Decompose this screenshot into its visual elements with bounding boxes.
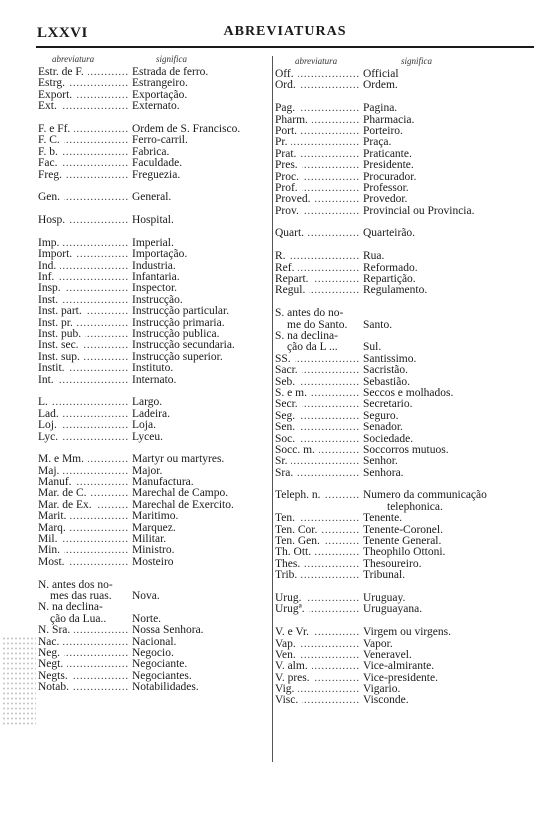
leader-dots: ........................................ — [300, 80, 360, 91]
right-column: abreviatura significa Off...............… — [272, 56, 545, 762]
leader-dots: ........................................ — [290, 251, 360, 262]
list-item: Off.....................................… — [275, 69, 545, 80]
abbreviation: Lyc. — [38, 432, 58, 443]
leader-dots: ........................................ — [300, 639, 360, 650]
leader-dots: ........................................ — [88, 67, 129, 78]
leader-dots: ........................................ — [96, 500, 129, 511]
meaning: Sacristão. — [363, 365, 408, 376]
meaning: Senador. — [363, 422, 403, 433]
header-abbreviation: abreviatura — [52, 54, 94, 64]
leader-dots: ........................................ — [300, 149, 360, 160]
meaning: Freguezia. — [132, 170, 180, 181]
leader-dots: ........................................ — [63, 466, 129, 477]
list-item: Prov....................................… — [275, 206, 545, 217]
meaning: Provedor. — [363, 194, 407, 205]
leader-dots: ........................................ — [314, 194, 360, 205]
abbreviation: Quart. — [275, 228, 304, 239]
list-item: Sra.....................................… — [275, 468, 545, 479]
leader-dots: ........................................ — [64, 192, 129, 203]
meaning: Virgem ou virgens. — [363, 627, 451, 638]
meaning: Vice-almirante. — [363, 661, 434, 672]
list-item: Ord.....................................… — [275, 80, 545, 91]
spacer — [275, 240, 545, 251]
leader-dots: ........................................ — [86, 306, 129, 317]
meaning: Instituto. — [132, 363, 173, 374]
abbreviation: Inst. part. — [38, 306, 82, 317]
leader-dots: ........................................ — [299, 411, 360, 422]
meaning: Notabilidades. — [132, 682, 199, 693]
abbreviation: Pres. — [275, 160, 298, 171]
leader-dots: ........................................ — [319, 445, 360, 456]
abbreviation: Ten. — [275, 513, 295, 524]
meaning: Ordem. — [363, 80, 398, 91]
abbreviation-list: Estr. de F..............................… — [38, 67, 268, 693]
leader-dots: ........................................ — [65, 283, 129, 294]
abbreviation: Ext. — [38, 101, 57, 112]
leader-dots: ........................................ — [83, 340, 129, 351]
abbreviation: Fac. — [38, 158, 57, 169]
list-item: Trib....................................… — [275, 570, 545, 581]
spacer — [275, 582, 545, 593]
leader-dots: ........................................ — [61, 158, 129, 169]
leader-dots: ........................................ — [301, 126, 360, 137]
leader-dots: ........................................ — [300, 650, 360, 661]
leader-dots: ........................................ — [302, 183, 360, 194]
leader-dots: ........................................ — [313, 627, 360, 638]
spacer — [38, 568, 268, 579]
list-item: Marit...................................… — [38, 511, 268, 522]
list-item: Secr....................................… — [275, 399, 545, 410]
list-item: Pres....................................… — [275, 160, 545, 171]
leader-dots: ........................................ — [298, 684, 360, 695]
abbreviation: S. antes do no- — [275, 308, 343, 319]
meaning: Presidente. — [363, 160, 414, 171]
leader-dots: ........................................ — [303, 206, 360, 217]
left-column: abreviatura significa Estr. de F........… — [38, 54, 268, 693]
list-item: Quart...................................… — [275, 228, 545, 239]
meaning: General. — [132, 192, 171, 203]
leader-dots: ........................................ — [297, 468, 360, 479]
abbreviation: ção da L ... — [287, 342, 338, 353]
abbreviation: Freg. — [38, 170, 62, 181]
leader-dots: ........................................ — [66, 170, 129, 181]
leader-dots: ........................................ — [61, 420, 129, 431]
leader-dots: ........................................ — [299, 422, 360, 433]
abbreviation: N. Sra. — [38, 625, 70, 636]
abbreviation: Ord. — [275, 80, 296, 91]
meaning: Tribunal. — [363, 570, 405, 581]
list-item: Freg....................................… — [38, 170, 268, 181]
list-item: Visc....................................… — [275, 695, 545, 706]
leader-dots: ........................................ — [84, 352, 129, 363]
list-item: S. antes do no- — [275, 308, 545, 319]
list-item: V. pres.................................… — [275, 673, 545, 684]
leader-dots: ........................................ — [70, 523, 129, 534]
list-item: V. alm..................................… — [275, 661, 545, 672]
meaning: Nova. — [132, 591, 160, 602]
page-title: ABREVIATURAS — [0, 24, 550, 40]
list-item: Prof....................................… — [275, 183, 545, 194]
leader-dots: ........................................ — [74, 124, 129, 135]
abbreviation: R. — [275, 251, 286, 262]
header-rule — [36, 46, 534, 48]
abbreviation: Urugª. — [275, 604, 305, 615]
leader-dots: ........................................ — [85, 329, 129, 340]
list-item: Notab...................................… — [38, 682, 268, 693]
meaning: Rua. — [363, 251, 384, 262]
abbreviation: Negt. — [38, 659, 63, 670]
meaning: Importação. — [132, 249, 187, 260]
abbreviation-list: Off.....................................… — [275, 69, 545, 707]
leader-dots: ........................................ — [299, 513, 360, 524]
leader-dots: ........................................ — [62, 147, 129, 158]
meaning: Instrucção particular. — [132, 306, 229, 317]
abbreviation: Prov. — [275, 206, 299, 217]
leader-dots: ........................................ — [77, 318, 129, 329]
leader-dots: ........................................ — [321, 525, 360, 536]
list-item: Ten.....................................… — [275, 513, 545, 524]
meaning: Visconde. — [363, 695, 409, 706]
list-item: Pag.....................................… — [275, 103, 545, 114]
leader-dots: ........................................ — [309, 604, 360, 615]
leader-dots: ........................................ — [69, 215, 129, 226]
leader-dots: ........................................ — [302, 695, 360, 706]
leader-dots: ........................................ — [324, 536, 360, 547]
leader-dots: ........................................ — [72, 671, 129, 682]
leader-dots: ........................................ — [70, 511, 129, 522]
header-meaning: significa — [156, 54, 187, 64]
list-item: Vig.....................................… — [275, 684, 545, 695]
list-item: Sacr....................................… — [275, 365, 545, 376]
abbreviation: V. e Vr. — [275, 627, 309, 638]
meaning: Negociante. — [132, 659, 187, 670]
meaning: Maritimo. — [132, 511, 178, 522]
list-item: L.......................................… — [38, 397, 268, 408]
meaning: Lyceu. — [132, 432, 163, 443]
list-item: V. e Vr.................................… — [275, 627, 545, 638]
scan-noise — [2, 636, 36, 726]
leader-dots: ........................................ — [314, 673, 360, 684]
list-item: Urugª...................................… — [275, 604, 545, 615]
leader-dots: ........................................ — [52, 397, 129, 408]
list-item: Regul...................................… — [275, 285, 545, 296]
list-item: Lyc.....................................… — [38, 432, 268, 443]
meaning: Tenente. — [363, 513, 402, 524]
leader-dots: ........................................ — [62, 534, 129, 545]
list-item: Int.....................................… — [38, 375, 268, 386]
meaning: Provincial ou Provincia. — [363, 206, 474, 217]
abbreviation: Pag. — [275, 103, 295, 114]
abbreviation: Sr. — [275, 456, 287, 467]
list-item: Port....................................… — [275, 126, 545, 137]
leader-dots: ........................................ — [304, 559, 360, 570]
abbreviation: Proved. — [275, 194, 310, 205]
abbreviation: Instit. — [38, 363, 65, 374]
leader-dots: ........................................ — [62, 432, 129, 443]
abbreviation: Loj. — [38, 420, 57, 431]
abbreviation: Trib. — [275, 570, 297, 581]
list-item: Fac.....................................… — [38, 158, 268, 169]
list-item: Socc. m.................................… — [275, 445, 545, 456]
list-item: Most....................................… — [38, 557, 268, 568]
meaning: Uruguayana. — [363, 604, 422, 615]
list-item: Ext.....................................… — [38, 101, 268, 112]
meaning: Santo. — [363, 320, 392, 331]
abbreviation: V. alm. — [275, 661, 308, 672]
meaning: Externato. — [132, 101, 180, 112]
leader-dots: ........................................ — [76, 249, 129, 260]
leader-dots: ........................................ — [302, 399, 360, 410]
leader-dots: ........................................ — [311, 388, 360, 399]
leader-dots: ........................................ — [69, 78, 129, 89]
list-item: N. Sra..................................… — [38, 625, 268, 636]
list-item: Import..................................… — [38, 249, 268, 260]
list-item: Pharm...................................… — [275, 115, 545, 126]
leader-dots: ........................................ — [306, 593, 360, 604]
list-item: telephonica. — [275, 502, 545, 513]
meaning: Martyr ou martyres. — [132, 454, 224, 465]
list-item: M. e Mm.................................… — [38, 454, 268, 465]
leader-dots: ........................................ — [64, 648, 129, 659]
leader-dots: ........................................ — [295, 354, 360, 365]
abbreviation: Marit. — [38, 511, 66, 522]
list-item: Sr......................................… — [275, 456, 545, 467]
leader-dots: ........................................ — [309, 285, 360, 296]
leader-dots: ........................................ — [69, 557, 129, 568]
list-item: Hosp....................................… — [38, 215, 268, 226]
leader-dots: ........................................ — [299, 377, 360, 388]
list-item: Proc....................................… — [275, 172, 545, 183]
leader-dots: ........................................ — [63, 238, 129, 249]
meaning: Loja. — [132, 420, 156, 431]
list-item: Negt....................................… — [38, 659, 268, 670]
leader-dots: ........................................ — [299, 103, 360, 114]
leader-dots: ........................................ — [291, 456, 360, 467]
leader-dots: ........................................ — [312, 115, 360, 126]
leader-dots: ........................................ — [64, 135, 129, 146]
leader-dots: ........................................ — [91, 488, 129, 499]
leader-dots: ........................................ — [325, 490, 360, 501]
meaning: Pagina. — [363, 103, 397, 114]
column-header: abreviatura significa — [275, 56, 545, 69]
meaning: Quarteirão. — [363, 228, 415, 239]
list-item: Sen.....................................… — [275, 422, 545, 433]
meaning: Hospital. — [132, 215, 174, 226]
meaning: Internato. — [132, 375, 176, 386]
leader-dots: ........................................ — [69, 363, 129, 374]
leader-dots: ........................................ — [313, 274, 360, 285]
abbreviation: Regul. — [275, 285, 305, 296]
abbreviation: Int. — [38, 375, 54, 386]
list-item: R.......................................… — [275, 251, 545, 262]
list-item: Proved..................................… — [275, 194, 545, 205]
list-item: Gen.....................................… — [38, 192, 268, 203]
header-meaning: significa — [401, 56, 432, 66]
leader-dots: ........................................ — [291, 137, 360, 148]
abbreviation: M. e Mm. — [38, 454, 84, 465]
leader-dots: ........................................ — [58, 272, 129, 283]
list-item: Inst. part..............................… — [38, 306, 268, 317]
leader-dots: ........................................ — [302, 160, 360, 171]
leader-dots: ........................................ — [308, 228, 360, 239]
leader-dots: ........................................ — [315, 547, 360, 558]
meaning: Regulamento. — [363, 285, 427, 296]
leader-dots: ........................................ — [63, 637, 129, 648]
abbreviation: Import. — [38, 249, 72, 260]
leader-dots: ........................................ — [60, 261, 129, 272]
leader-dots: ........................................ — [63, 409, 129, 420]
leader-dots: ........................................ — [303, 172, 360, 183]
leader-dots: ........................................ — [61, 101, 129, 112]
leader-dots: ........................................ — [312, 661, 360, 672]
abbreviation: Gen. — [38, 192, 60, 203]
abbreviation: Sacr. — [275, 365, 298, 376]
abbreviation: Teleph. n. — [275, 490, 321, 501]
abbreviation: Sen. — [275, 422, 295, 433]
meaning: Mosteiro — [132, 557, 174, 568]
meaning: Senhor. — [363, 456, 398, 467]
abbreviation: Most. — [38, 557, 65, 568]
abbreviation: Sra. — [275, 468, 293, 479]
leader-dots: ........................................ — [74, 625, 129, 636]
list-item: Loj.....................................… — [38, 420, 268, 431]
abbreviation: Visc. — [275, 695, 298, 706]
leader-dots: ........................................ — [302, 365, 360, 376]
leader-dots: ........................................ — [88, 454, 129, 465]
leader-dots: ........................................ — [58, 375, 129, 386]
list-item: SS......................................… — [275, 354, 545, 365]
leader-dots: ........................................ — [301, 570, 360, 581]
abbreviation: Hosp. — [38, 215, 65, 226]
abbreviation: Notab. — [38, 682, 69, 693]
spacer — [275, 92, 545, 103]
meaning: Nossa Senhora. — [132, 625, 204, 636]
meaning: Senhora. — [363, 468, 404, 479]
header-abbreviation: abreviatura — [295, 56, 337, 66]
leader-dots: ........................................ — [64, 545, 129, 556]
meaning: Faculdade. — [132, 158, 182, 169]
leader-dots: ........................................ — [73, 682, 129, 693]
leader-dots: ........................................ — [298, 69, 360, 80]
list-item: Thes....................................… — [275, 559, 545, 570]
list-item: Instit..................................… — [38, 363, 268, 374]
leader-dots: ........................................ — [67, 659, 129, 670]
list-item: Seg.....................................… — [275, 411, 545, 422]
leader-dots: ........................................ — [76, 90, 129, 101]
